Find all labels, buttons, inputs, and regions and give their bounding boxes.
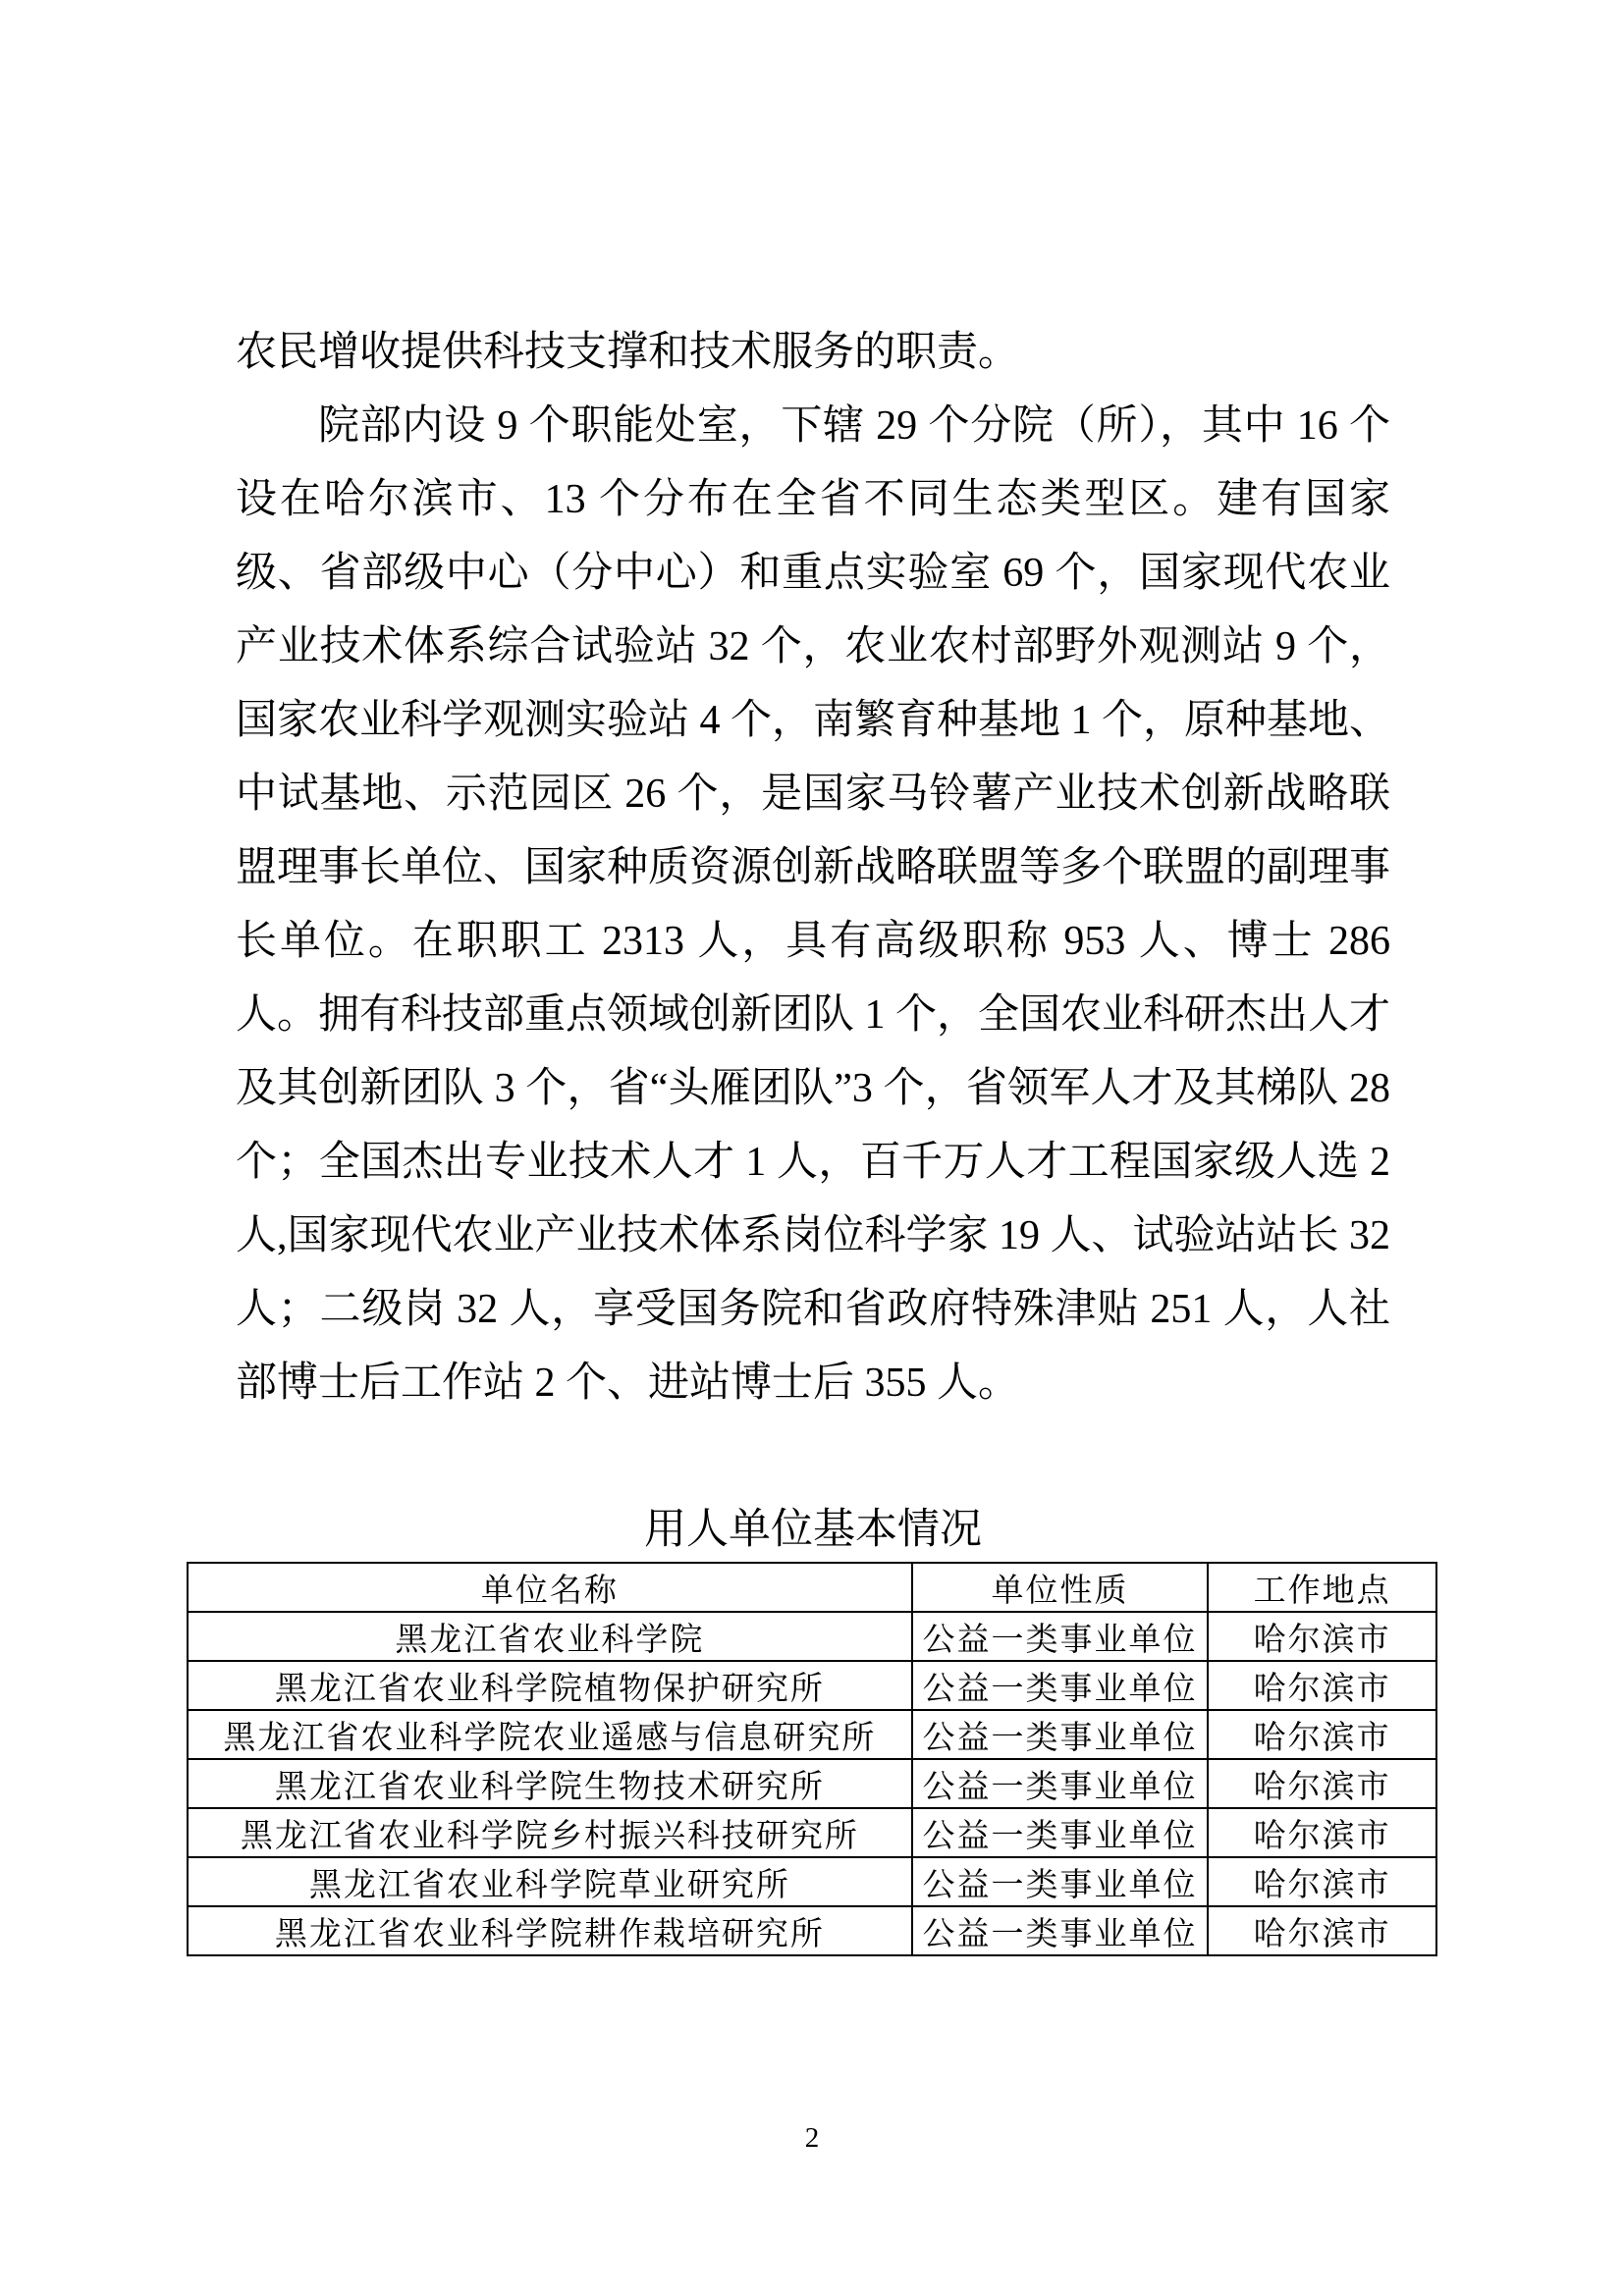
work-location-cell: 哈尔滨市 <box>1208 1857 1436 1906</box>
header-work-location: 工作地点 <box>1208 1563 1436 1612</box>
table-row: 黑龙江省农业科学院生物技术研究所 公益一类事业单位 哈尔滨市 <box>188 1759 1436 1808</box>
work-location-cell: 哈尔滨市 <box>1208 1612 1436 1661</box>
work-location-cell: 哈尔滨市 <box>1208 1906 1436 1955</box>
work-location-cell: 哈尔滨市 <box>1208 1710 1436 1759</box>
table-row: 黑龙江省农业科学院乡村振兴科技研究所 公益一类事业单位 哈尔滨市 <box>188 1808 1436 1857</box>
unit-name-cell: 黑龙江省农业科学院乡村振兴科技研究所 <box>188 1808 912 1857</box>
unit-name-cell: 黑龙江省农业科学院耕作栽培研究所 <box>188 1906 912 1955</box>
work-location-cell: 哈尔滨市 <box>1208 1661 1436 1710</box>
unit-name-cell: 黑龙江省农业科学院农业遥感与信息研究所 <box>188 1710 912 1759</box>
table-header-row: 单位名称 单位性质 工作地点 <box>188 1563 1436 1612</box>
unit-type-cell: 公益一类事业单位 <box>912 1612 1208 1661</box>
work-location-cell: 哈尔滨市 <box>1208 1808 1436 1857</box>
unit-type-cell: 公益一类事业单位 <box>912 1857 1208 1906</box>
unit-type-cell: 公益一类事业单位 <box>912 1759 1208 1808</box>
table-row: 黑龙江省农业科学院农业遥感与信息研究所 公益一类事业单位 哈尔滨市 <box>188 1710 1436 1759</box>
unit-name-cell: 黑龙江省农业科学院草业研究所 <box>188 1857 912 1906</box>
header-unit-name: 单位名称 <box>188 1563 912 1612</box>
table-row: 黑龙江省农业科学院草业研究所 公益一类事业单位 哈尔滨市 <box>188 1857 1436 1906</box>
paragraph-main: 院部内设 9 个职能处室，下辖 29 个分院（所），其中 16 个设在哈尔滨市、… <box>236 390 1390 1420</box>
table-row: 黑龙江省农业科学院植物保护研究所 公益一类事业单位 哈尔滨市 <box>188 1661 1436 1710</box>
header-unit-type: 单位性质 <box>912 1563 1208 1612</box>
body-text-block: 农民增收提供科技支撑和技术服务的职责。 院部内设 9 个职能处室，下辖 29 个… <box>236 316 1390 1420</box>
unit-name-cell: 黑龙江省农业科学院 <box>188 1612 912 1661</box>
paragraph-continuation: 农民增收提供科技支撑和技术服务的职责。 <box>236 316 1390 390</box>
page-number: 2 <box>0 2120 1624 2156</box>
table-row: 黑龙江省农业科学院耕作栽培研究所 公益一类事业单位 哈尔滨市 <box>188 1906 1436 1955</box>
unit-type-cell: 公益一类事业单位 <box>912 1710 1208 1759</box>
unit-name-cell: 黑龙江省农业科学院生物技术研究所 <box>188 1759 912 1808</box>
work-location-cell: 哈尔滨市 <box>1208 1759 1436 1808</box>
unit-name-cell: 黑龙江省农业科学院植物保护研究所 <box>188 1661 912 1710</box>
unit-type-cell: 公益一类事业单位 <box>912 1808 1208 1857</box>
table-title: 用人单位基本情况 <box>236 1506 1390 1555</box>
unit-type-cell: 公益一类事业单位 <box>912 1661 1208 1710</box>
employer-units-table: 单位名称 单位性质 工作地点 黑龙江省农业科学院 公益一类事业单位 哈尔滨市 黑… <box>187 1562 1437 1956</box>
table-row: 黑龙江省农业科学院 公益一类事业单位 哈尔滨市 <box>188 1612 1436 1661</box>
unit-type-cell: 公益一类事业单位 <box>912 1906 1208 1955</box>
document-page: 农民增收提供科技支撑和技术服务的职责。 院部内设 9 个职能处室，下辖 29 个… <box>0 0 1624 2296</box>
